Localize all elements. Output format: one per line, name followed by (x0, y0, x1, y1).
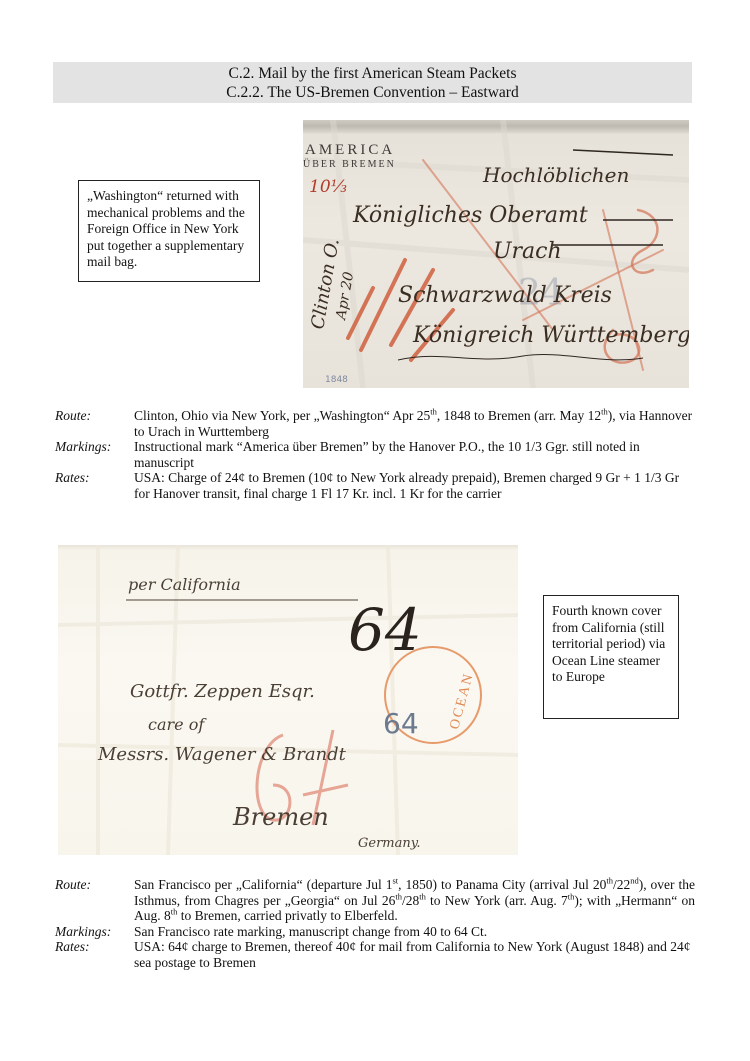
markings-label: Markings: (55, 439, 134, 470)
rate-64-black: 64 (348, 596, 422, 664)
route-row: Route: San Francisco per „California“ (d… (55, 877, 695, 924)
stamp-america: AMERICA (305, 142, 395, 158)
rates-row: Rates: USA: 64¢ charge to Bremen, thereo… (55, 939, 695, 970)
stamp-uber-bremen: ÜBER BREMEN (303, 158, 396, 170)
rate-64-blue: 64 (383, 707, 419, 740)
page-header: C.2. Mail by the first American Steam Pa… (53, 62, 692, 103)
route-text: San Francisco per „California“ (departur… (134, 877, 695, 924)
pencil-year: 1848 (325, 375, 348, 385)
cover-1850-artwork: OCEAN per California Gottfr. Zeppen Esqr… (58, 545, 518, 855)
address-line-5: Königreich Württemberg (412, 323, 689, 348)
cover-1848-artwork: AMERICA ÜBER BREMEN 10⅓ 24 Hochlöblichen… (303, 120, 689, 388)
address-line-4: Bremen (232, 803, 329, 831)
red-rate-mark: 10⅓ (309, 177, 347, 197)
address-line-2: Königliches Oberamt (352, 203, 588, 228)
section-title: C.2. Mail by the first American Steam Pa… (53, 64, 692, 83)
route-label: Route: (55, 877, 134, 924)
endorsement: per California (128, 575, 241, 594)
note-california: Fourth known cover from California (stil… (543, 595, 679, 719)
rates-text: USA: Charge of 24¢ to Bremen (10¢ to New… (134, 470, 695, 501)
address-line-1: Gottfr. Zeppen Esqr. (130, 681, 315, 702)
address-line-2: care of (148, 715, 207, 734)
rates-label: Rates: (55, 939, 134, 970)
note-washington: „Washington“ returned with mechanical pr… (78, 180, 260, 282)
markings-row: Markings: San Francisco rate marking, ma… (55, 924, 695, 940)
description-1848: Route: Clinton, Ohio via New York, per „… (55, 408, 695, 501)
address-line-3: Urach (493, 239, 562, 264)
address-line-4: Schwarzwald Kreis (398, 283, 612, 308)
description-1850: Route: San Francisco per „California“ (d… (55, 877, 695, 970)
cover-image-1848: AMERICA ÜBER BREMEN 10⅓ 24 Hochlöblichen… (303, 120, 689, 388)
address-line-5: Germany. (358, 836, 421, 851)
markings-text: San Francisco rate marking, manuscript c… (134, 924, 695, 940)
markings-text: Instructional mark “America über Bremen”… (134, 439, 695, 470)
rates-text: USA: 64¢ charge to Bremen, thereof 40¢ f… (134, 939, 695, 970)
rates-row: Rates: USA: Charge of 24¢ to Bremen (10¢… (55, 470, 695, 501)
rates-label: Rates: (55, 470, 134, 501)
route-row: Route: Clinton, Ohio via New York, per „… (55, 408, 695, 439)
markings-row: Markings: Instructional mark “America üb… (55, 439, 695, 470)
cover-image-1850: OCEAN per California Gottfr. Zeppen Esqr… (58, 545, 518, 855)
address-line-1: Hochlöblichen (482, 163, 629, 187)
section-subtitle: C.2.2. The US-Bremen Convention – Eastwa… (53, 83, 692, 102)
markings-label: Markings: (55, 924, 134, 940)
address-line-3: Messrs. Wagener & Brandt (97, 744, 347, 765)
route-label: Route: (55, 408, 134, 439)
route-text: Clinton, Ohio via New York, per „Washing… (134, 408, 695, 439)
